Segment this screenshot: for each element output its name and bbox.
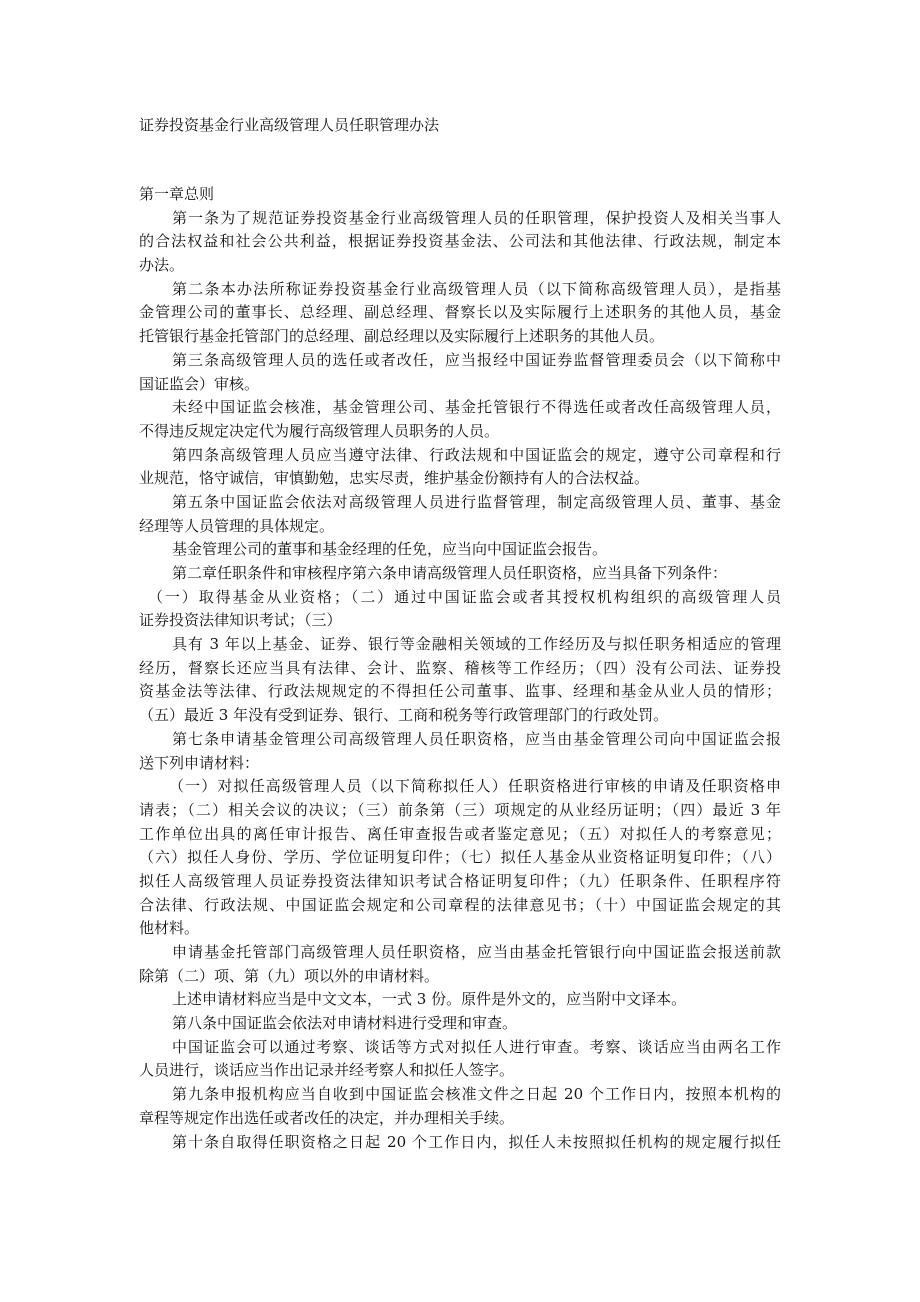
document-line: 第一条为了规范证券投资基金行业高级管理人员的任职管理，保护投资人及相关当事人 bbox=[139, 207, 781, 231]
document-line: 第四条高级管理人员应当遵守法律、行政法规和中国证监会的规定，遵守公司章程和行 bbox=[139, 444, 781, 468]
document-line: 第二条本办法所称证券投资基金行业高级管理人员（以下简称高级管理人员），是指基 bbox=[139, 278, 781, 302]
document-line: 经理等人员管理的具体规定。 bbox=[139, 515, 781, 539]
document-line: 工作单位出具的离任审计报告、离任审查报告或者鉴定意见；（五）对拟任人的考察意见； bbox=[139, 823, 781, 847]
document-line: 具有 3 年以上基金、证券、银行等金融相关领域的工作经历及与拟任职务相适应的管理 bbox=[139, 633, 781, 657]
document-line: 基金管理公司的董事和基金经理的任免，应当向中国证监会报告。 bbox=[139, 538, 781, 562]
document-line: 上述申请材料应当是中文文本，一式 3 份。原件是外文的，应当附中文译本。 bbox=[139, 988, 781, 1012]
document-line: 合法律、行政法规、中国证监会规定和公司章程的法律意见书；（十）中国证监会规定的其 bbox=[139, 894, 781, 918]
document-title: 证券投资基金行业高级管理人员任职管理办法 bbox=[139, 114, 439, 136]
document-line: 国证监会）审核。 bbox=[139, 373, 781, 397]
document-line: 证券投资法律知识考试；（三） bbox=[139, 609, 781, 633]
document-line: （一）取得基金从业资格；（二）通过中国证监会或者其授权机构组织的高级管理人员 bbox=[139, 586, 781, 610]
document-line: 经历，督察长还应当具有法律、会计、监察、稽核等工作经历；（四）没有公司法、证券投 bbox=[139, 657, 781, 681]
document-line: 的合法权益和社会公共利益，根据证券投资基金法、公司法和其他法律、行政法规，制定本 bbox=[139, 230, 781, 254]
document-line: 他材料。 bbox=[139, 917, 781, 941]
document-line: 第二章任职条件和审核程序第六条申请高级管理人员任职资格，应当具备下列条件： bbox=[139, 562, 781, 586]
document-line: （一）对拟任高级管理人员（以下简称拟任人）任职资格进行审核的申请及任职资格申 bbox=[139, 775, 781, 799]
document-line: （五）最近 3 年没有受到证券、银行、工商和税务等行政管理部门的行政处罚。 bbox=[139, 704, 781, 728]
document-line: 申请基金托管部门高级管理人员任职资格，应当由基金托管银行向中国证监会报送前款 bbox=[139, 941, 781, 965]
document-line: 第三条高级管理人员的选任或者改任，应当报经中国证券监督管理委员会（以下简称中 bbox=[139, 349, 781, 373]
document-line: 未经中国证监会核准，基金管理公司、基金托管银行不得选任或者改任高级管理人员， bbox=[139, 396, 781, 420]
document-line: 托管银行基金托管部门的总经理、副总经理以及实际履行上述职务的其他人员。 bbox=[139, 325, 781, 349]
document-line: 除第（二）项、第（九）项以外的申请材料。 bbox=[139, 965, 781, 989]
document-body: 第一章总则第一条为了规范证券投资基金行业高级管理人员的任职管理，保护投资人及相关… bbox=[139, 183, 781, 1154]
document-line: 第五条中国证监会依法对高级管理人员进行监督管理，制定高级管理人员、董事、基金 bbox=[139, 491, 781, 515]
document-line: 第八条中国证监会依法对申请材料进行受理和审查。 bbox=[139, 1012, 781, 1036]
document-line: 送下列申请材料： bbox=[139, 752, 781, 776]
document-line: 第一章总则 bbox=[139, 183, 781, 207]
document-line: 办法。 bbox=[139, 254, 781, 278]
document-line: 第七条申请基金管理公司高级管理人员任职资格，应当由基金管理公司向中国证监会报 bbox=[139, 728, 781, 752]
document-line: 资基金法等法律、行政法规规定的不得担任公司董事、监事、经理和基金从业人员的情形； bbox=[139, 680, 781, 704]
document-line: 不得违反规定决定代为履行高级管理人员职务的人员。 bbox=[139, 420, 781, 444]
document-line: 中国证监会可以通过考察、谈话等方式对拟任人进行审查。考察、谈话应当由两名工作 bbox=[139, 1036, 781, 1060]
document-line: 章程等规定作出选任或者改任的决定，并办理相关手续。 bbox=[139, 1107, 781, 1131]
document-line: 人员进行，谈话应当作出记录并经考察人和拟任人签字。 bbox=[139, 1059, 781, 1083]
document-line: （六）拟任人身份、学历、学位证明复印件；（七）拟任人基金从业资格证明复印件；（八… bbox=[139, 846, 781, 870]
document-line: 业规范，恪守诚信，审慎勤勉，忠实尽责，维护基金份额持有人的合法权益。 bbox=[139, 467, 781, 491]
document-line: 第九条申报机构应当自收到中国证监会核准文件之日起 20 个工作日内，按照本机构的 bbox=[139, 1083, 781, 1107]
document-line: 金管理公司的董事长、总经理、副总经理、督察长以及实际履行上述职务的其他人员，基金 bbox=[139, 301, 781, 325]
document-line: 拟任人高级管理人员证券投资法律知识考试合格证明复印件；（九）任职条件、任职程序符 bbox=[139, 870, 781, 894]
document-line: 第十条自取得任职资格之日起 20 个工作日内，拟任人未按照拟任机构的规定履行拟任 bbox=[139, 1131, 781, 1155]
document-line: 请表；（二）相关会议的决议；（三）前条第（三）项规定的从业经历证明；（四）最近 … bbox=[139, 799, 781, 823]
